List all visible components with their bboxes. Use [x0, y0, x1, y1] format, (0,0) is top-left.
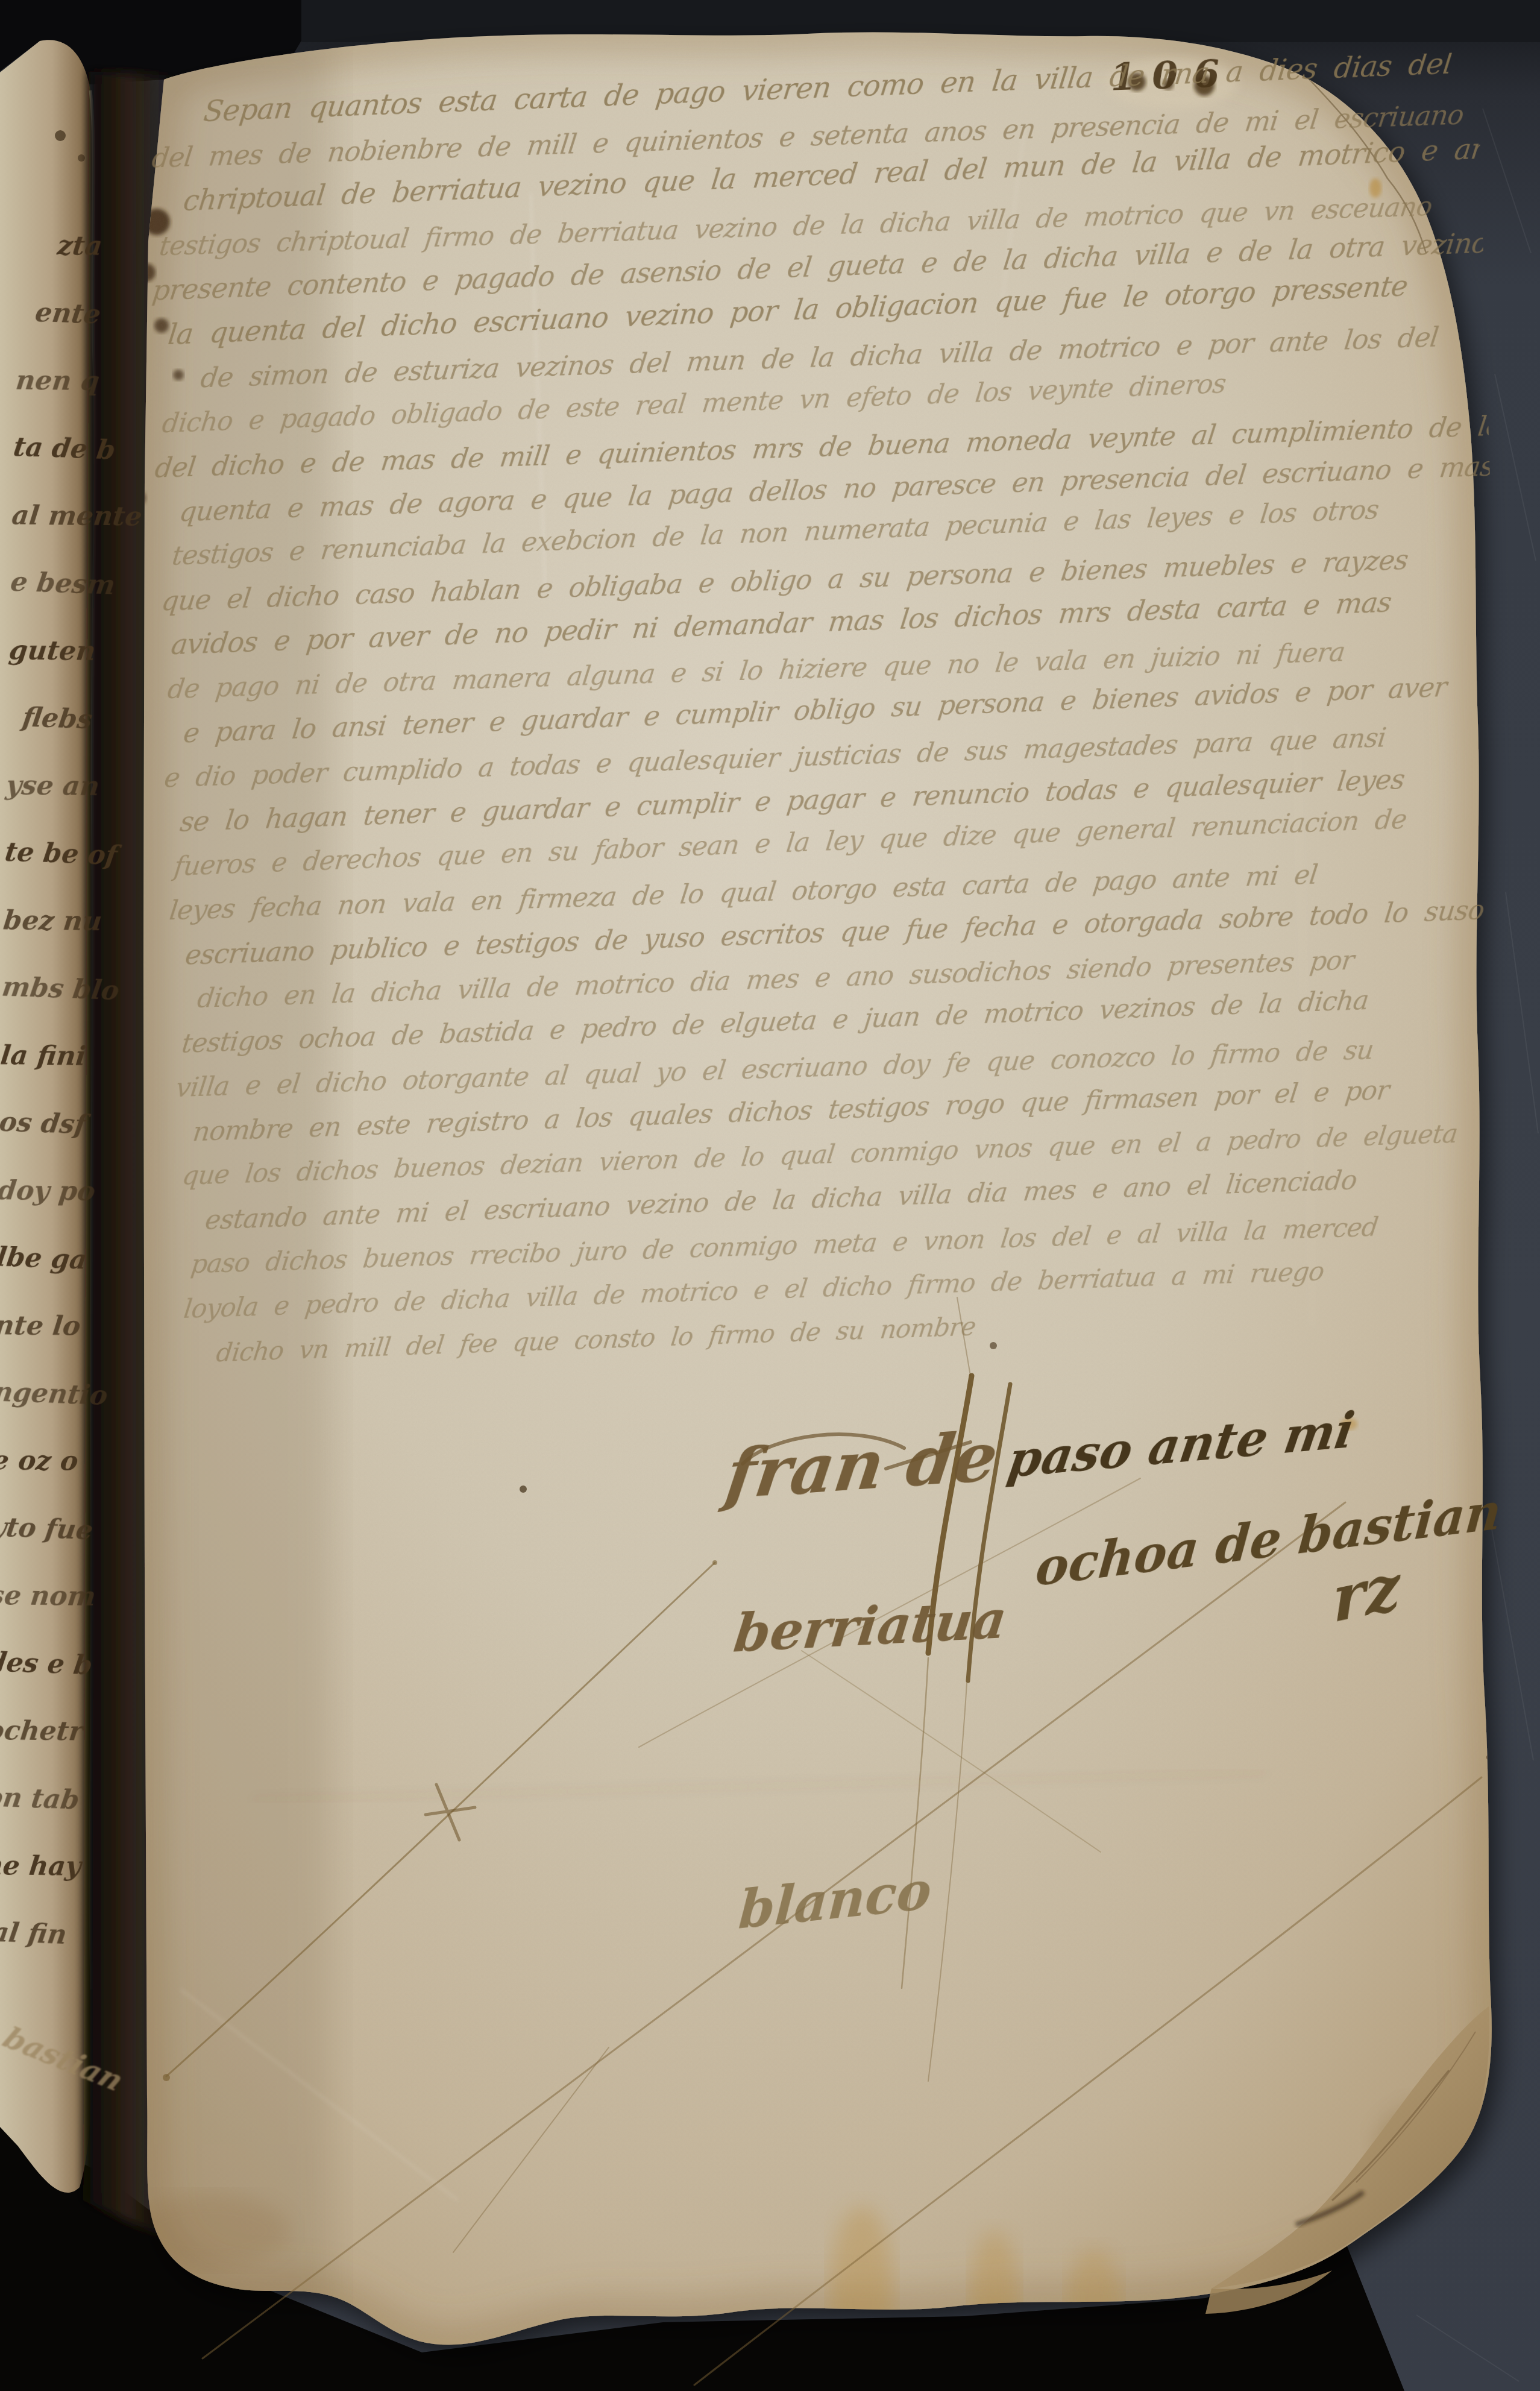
facing-page-fragment: ta de b: [9, 414, 107, 484]
facing-page-fragment: des e b: [0, 1628, 82, 1699]
facing-page-fragment: ochetr: [0, 1697, 80, 1765]
manuscript-text-block: Sepan quantos esta carta de pago vieren …: [143, 52, 1516, 1417]
facing-page-fragment: ne hay: [0, 1832, 77, 1900]
facing-page-fragment: e besm: [6, 549, 104, 619]
facing-page-fragment: al mente: [8, 482, 105, 550]
manuscript-photo: 106 Sepan quantos esta carta de pago vie…: [0, 0, 1540, 2391]
facing-page-fragment: nte lo: [0, 1292, 88, 1360]
facing-page-fragment: guten: [5, 617, 102, 685]
facing-page-fragment: nen q: [11, 347, 108, 415]
facing-page-fragment: la fini: [0, 1022, 94, 1090]
facing-page-fragment: se nom: [0, 1562, 83, 1630]
facing-page-fragment: bez nu: [0, 887, 96, 955]
facing-page-fragment: os dsf: [0, 1089, 93, 1159]
facing-page-fragment: zta: [14, 212, 111, 280]
facing-page-fragment: ente: [11, 279, 110, 349]
facing-page-fragment: lbe ga: [0, 1224, 90, 1294]
facing-page-fragment: al fin: [0, 1898, 76, 1969]
facing-page-fragment: on tab: [0, 1763, 79, 1834]
facing-page-fragment: yto fue: [0, 1493, 84, 1564]
notary-paraph: rz: [1331, 1548, 1401, 1637]
facing-page-fragment: e oz o: [0, 1427, 86, 1495]
facing-page-fragment: ngentio: [0, 1358, 87, 1429]
facing-page-fragment: te be of: [1, 819, 99, 889]
facing-page-fragment: mbs blo: [0, 954, 96, 1024]
facing-page-fragment: doy po: [0, 1157, 91, 1225]
facing-page-fragment: flebs: [3, 684, 101, 754]
facing-page-fragment: yse an: [2, 752, 99, 820]
